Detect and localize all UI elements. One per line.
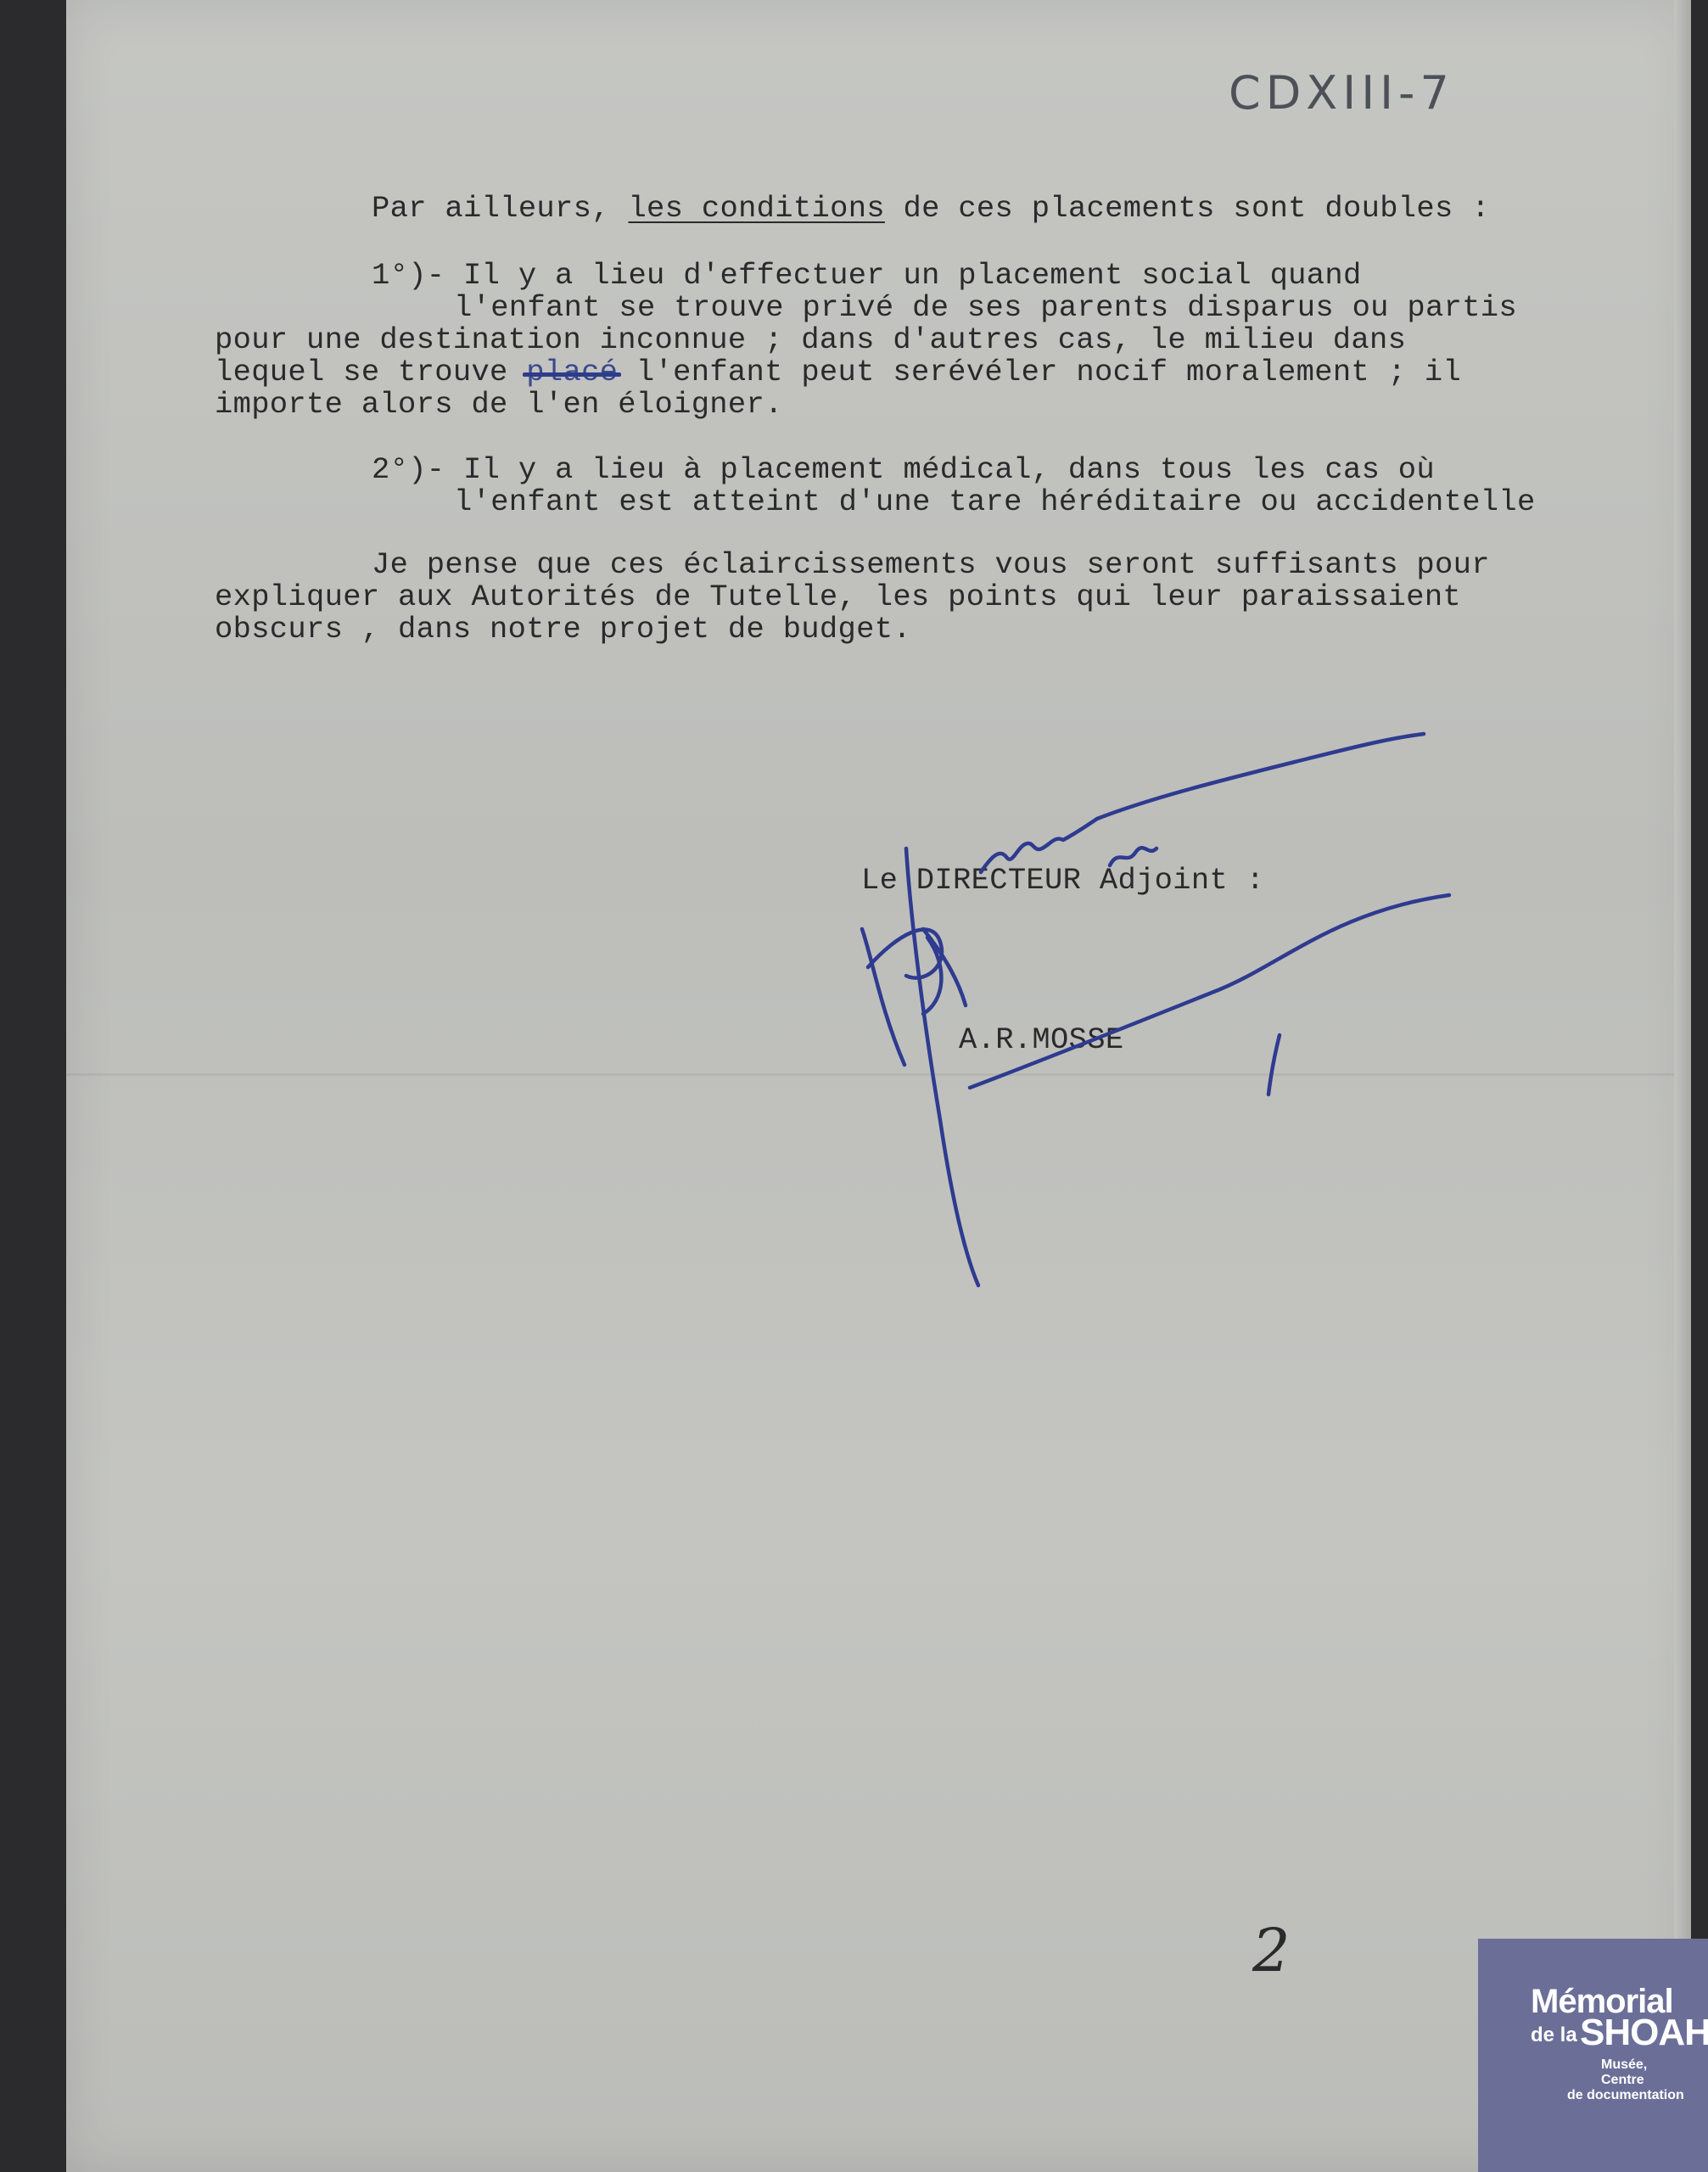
logo-subtitle-3: de documentation: [1567, 2088, 1684, 2103]
logo-subtitle-1: Musée,: [1601, 2057, 1684, 2073]
intro-text-post: de ces placements sont doubles :: [885, 191, 1490, 226]
item1-line-3: pour une destination inconnue ; dans d'a…: [215, 323, 1406, 357]
closing-line-1: Je pense que ces éclaircissements vous s…: [372, 548, 1490, 582]
item1-line-2: l'enfant se trouve privé de ses parents …: [454, 291, 1517, 325]
item1-line-5: importe alors de l'en éloigner.: [215, 388, 783, 422]
intro-text-pre: Par ailleurs,: [372, 191, 628, 226]
closing-line-2: expliquer aux Autorités de Tutelle, les …: [215, 580, 1461, 614]
signatory-title: Le DIRECTEUR Adjoint :: [861, 864, 1264, 898]
struck-word: placé: [526, 355, 618, 389]
item1-line-4: lequel se trouve placé l'enfant peut ser…: [215, 355, 1461, 389]
paper-edge: [1674, 0, 1691, 2172]
item2-line-2: l'enfant est atteint d'une tare hérédita…: [454, 485, 1536, 519]
logo-subtitle-2: Centre: [1601, 2073, 1684, 2088]
closing-line-3: obscurs , dans notre projet de budget.: [215, 613, 911, 647]
item2-line-1: 2°)- Il y a lieu à placement médical, da…: [372, 453, 1435, 487]
paper-fold: [66, 1073, 1691, 1076]
item1-line-4-post: l'enfant peut serévéler nocif moralement…: [618, 355, 1461, 389]
logo-line-4: Musée, Centre de documentation: [1601, 2057, 1684, 2103]
archive-reference: CDXIII-7: [1229, 66, 1454, 120]
item1-line-1: 1°)- Il y a lieu d'effectuer un placemen…: [372, 259, 1362, 293]
signatory-name: A.R.MOSSE: [959, 1023, 1123, 1057]
intro-underlined: les conditions: [628, 191, 884, 226]
logo-line-2: de la: [1531, 2024, 1577, 2047]
page-number: 2: [1252, 1916, 1291, 1985]
item1-line-4-pre: lequel se trouve: [215, 355, 526, 389]
logo-line-3: SHOAH: [1580, 2012, 1708, 2054]
document-page: CDXIII-7 Par ailleurs, les conditions de…: [66, 0, 1691, 2172]
intro-line: Par ailleurs, les conditions de ces plac…: [372, 192, 1490, 226]
memorial-shoah-watermark: Mémorial de la SHOAH Musée, Centre de do…: [1478, 1939, 1708, 2172]
